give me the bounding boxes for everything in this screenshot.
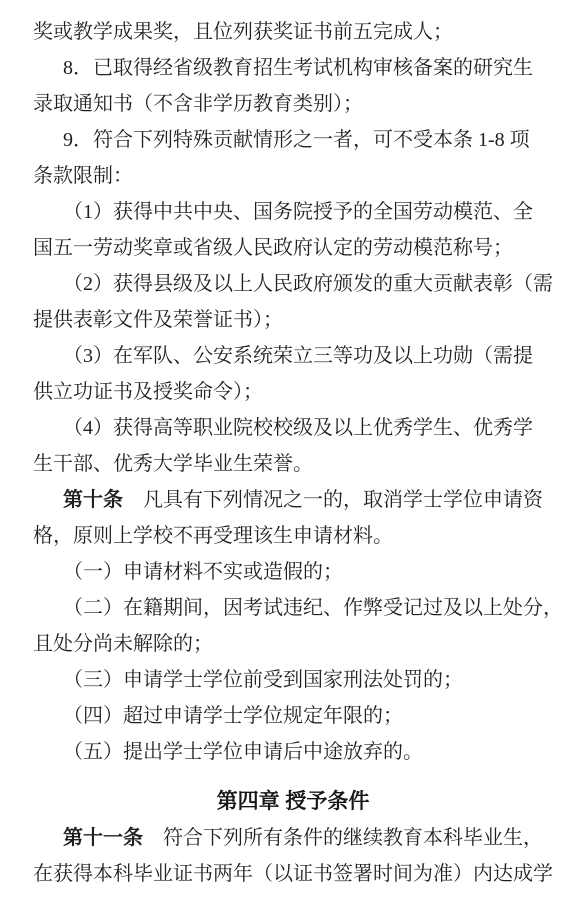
- special-case-3-paragraph: （3）在军队、公安系统荣立三等功及以上功勋（需提 供立功证书及授奖命令）；: [33, 338, 576, 410]
- special-case-2-paragraph: （2）获得县级及以上人民政府颁发的重大贡献表彰（需 提供表彰文件及荣誉证书）；: [33, 266, 576, 338]
- chapter-4-heading: 第四章 授予条件: [0, 784, 586, 820]
- document-page: 奖或教学成果奖，且位列获奖证书前五完成人； 8．已取得经省级教育招生考试机构审核…: [0, 0, 586, 912]
- clause-8-paragraph: 8．已取得经省级教育招生考试机构审核备案的研究生 录取通知书（不含非学历教育类别…: [33, 50, 576, 122]
- special-case-1-paragraph: （1）获得中共中央、国务院授予的全国劳动模范、全 国五一劳动奖章或省级人民政府认…: [33, 194, 576, 266]
- revocation-item-5-paragraph: （五）提出学士学位申请后中途放弃的。: [33, 734, 576, 770]
- clause-9-paragraph: 9．符合下列特殊贡献情形之一者，可不受本条 1-8 项 条款限制：: [33, 122, 576, 194]
- paragraph-continuation: 奖或教学成果奖，且位列获奖证书前五完成人；: [33, 14, 576, 50]
- article-10-paragraph: 第十条 凡具有下列情况之一的，取消学士学位申请资 格，原则上学校不再受理该生申请…: [33, 482, 576, 554]
- revocation-item-3-paragraph: （三）申请学士学位前受到国家刑法处罚的；: [33, 662, 576, 698]
- revocation-item-1-paragraph: （一）申请材料不实或造假的；: [33, 554, 576, 590]
- article-10-label: 第十条: [63, 489, 123, 511]
- special-case-4-paragraph: （4）获得高等职业院校校级及以上优秀学生、优秀学 生干部、优秀大学毕业生荣誉。: [33, 410, 576, 482]
- revocation-item-4-paragraph: （四）超过申请学士学位规定年限的；: [33, 698, 576, 734]
- article-11-paragraph: 第十一条 符合下列所有条件的继续教育本科毕业生， 在获得本科毕业证书两年（以证书…: [33, 820, 576, 892]
- article-11-label: 第十一条: [63, 827, 143, 849]
- revocation-item-2-paragraph: （二）在籍期间，因考试违纪、作弊受记过及以上处分， 且处分尚未解除的；: [33, 590, 576, 662]
